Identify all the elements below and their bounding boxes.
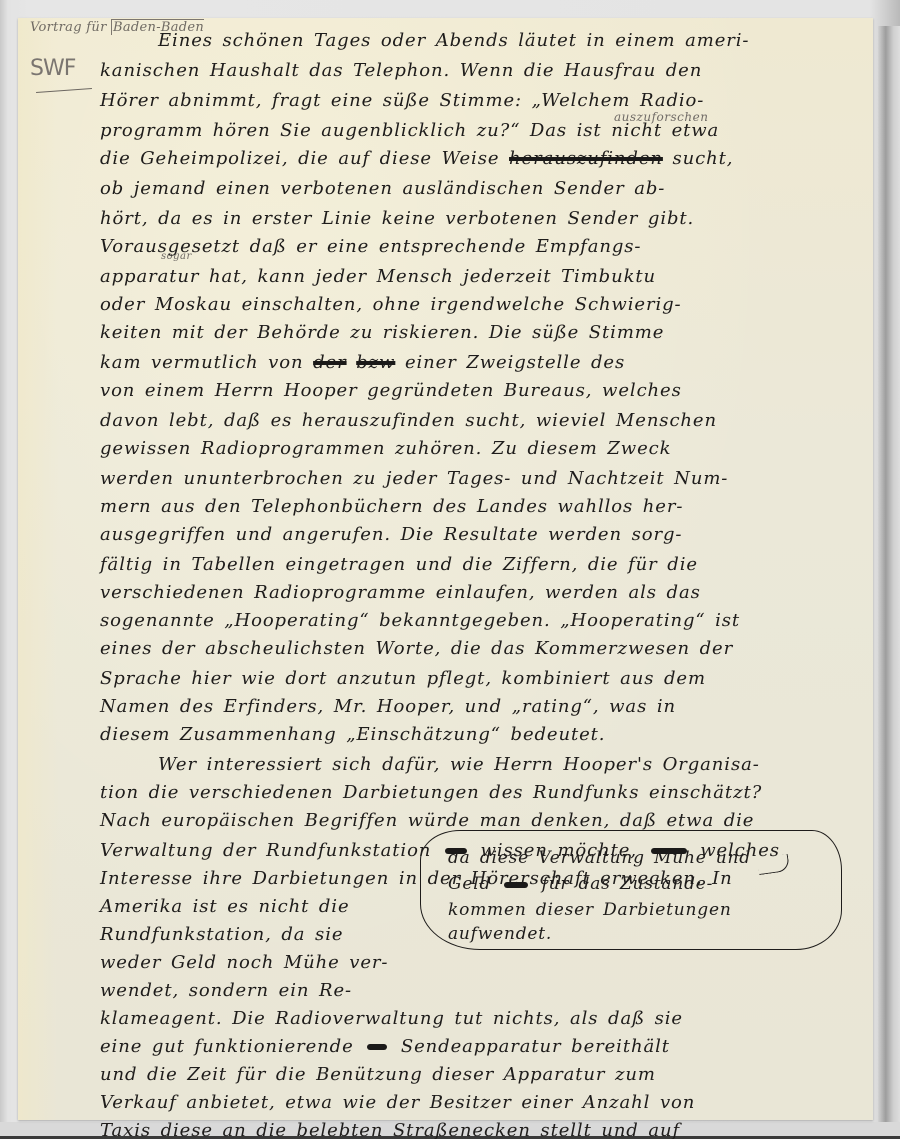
text-line: Nach europäischen Begriffen würde man de… <box>100 810 754 831</box>
text-line: weder Geld noch Mühe ver- <box>100 952 388 973</box>
text-segment: sucht, <box>663 148 733 169</box>
text-line: Taxis diese an die belebten Straßenecken… <box>100 1120 680 1139</box>
text-line: eines der abscheulichsten Worte, die das… <box>100 638 733 659</box>
ink-blot-deletion <box>367 1044 387 1050</box>
text-line: mern aus den Telephonbüchern des Landes … <box>100 496 683 517</box>
header-note-prefix: Vortrag für <box>30 20 111 35</box>
next-page-edge <box>878 26 900 1122</box>
insertion-line: kommen dieser Darbietungen <box>448 900 732 920</box>
text-line: kanischen Haushalt das Telephon. Wenn di… <box>100 60 702 81</box>
swf-margin-mark: SWF <box>30 56 75 81</box>
insertion-line: da diese Verwaltung Mühe und <box>448 848 751 868</box>
text-line: diesem Zusammenhang „Einschätzung“ bedeu… <box>100 724 605 745</box>
text-line: fältig in Tabellen eingetragen und die Z… <box>100 554 698 575</box>
text-line: Eines schönen Tages oder Abends läutet i… <box>158 30 749 51</box>
margin-mark-underline <box>36 88 92 93</box>
manuscript-page: Vortrag für Baden-Baden SWF auszuforsche… <box>18 18 873 1120</box>
text-line: von einem Herrn Hooper gegründeten Burea… <box>100 380 682 401</box>
text-segment: einer Zweigstelle des <box>395 352 625 373</box>
text-line: verschiedenen Radioprogramme einlaufen, … <box>100 582 701 603</box>
struck-word: bzw <box>356 352 395 373</box>
text-line: kam vermutlich von der bzw einer Zweigst… <box>100 352 625 373</box>
text-line: sogenannte „Hooperating“ bekanntgegeben.… <box>100 610 740 631</box>
text-segment: Verwaltung der Rundfunkstation <box>100 840 441 861</box>
text-line: Hörer abnimmt, fragt eine süße Stimme: „… <box>100 90 704 111</box>
text-segment: kam vermutlich von <box>100 352 313 373</box>
text-line: oder Moskau einschalten, ohne irgendwelc… <box>100 294 682 315</box>
text-line: ob jemand einen verbotenen ausländischen… <box>100 178 665 199</box>
text-line: Verkauf anbietet, etwa wie der Besitzer … <box>100 1092 695 1113</box>
text-segment: Geld <box>448 874 500 894</box>
text-line: davon lebt, daß es herauszufinden sucht,… <box>100 410 717 431</box>
text-segment: die Geheimpolizei, die auf diese Weise <box>100 148 509 169</box>
text-line: keiten mit der Behörde zu riskieren. Die… <box>100 322 664 343</box>
text-line: Vorausgesetzt daß er eine entsprechende … <box>100 236 641 257</box>
text-line: Namen des Erfinders, Mr. Hooper, und „ra… <box>100 696 676 717</box>
text-line: gewissen Radioprogrammen zuhören. Zu die… <box>100 438 671 459</box>
text-segment: Sendeapparatur bereithält <box>391 1036 670 1057</box>
text-line: wendet, sondern ein Re- <box>100 980 352 1001</box>
text-line: Wer interessiert sich dafür, wie Herrn H… <box>158 754 760 775</box>
text-segment <box>347 352 357 373</box>
text-line: programm hören Sie augenblicklich zu?“ D… <box>100 120 719 141</box>
text-line: Amerika ist es nicht die <box>100 896 350 917</box>
text-line: Rundfunkstation, da sie <box>100 924 343 945</box>
text-line: tion die verschiedenen Darbietungen des … <box>100 782 762 803</box>
text-line: apparatur hat, kann jeder Mensch jederze… <box>100 266 656 287</box>
text-line: hört, da es in erster Linie keine verbot… <box>100 208 694 229</box>
struck-word: herauszufinden <box>509 148 663 169</box>
text-line: eine gut funktionierende Sendeapparatur … <box>100 1036 670 1057</box>
text-line: werden ununterbrochen zu jeder Tages- un… <box>100 468 728 489</box>
insertion-line: aufwendet. <box>448 924 552 944</box>
text-line: und die Zeit für die Benützung dieser Ap… <box>100 1064 656 1085</box>
insertion-line: Geld für das Zustande- <box>448 874 713 894</box>
text-segment: eine gut funktionierende <box>100 1036 363 1057</box>
text-line: die Geheimpolizei, die auf diese Weise h… <box>100 148 733 169</box>
text-line: Sprache hier wie dort anzutun pflegt, ko… <box>100 668 706 689</box>
text-line: ausgegriffen und angerufen. Die Resultat… <box>100 524 682 545</box>
ink-blot-deletion <box>504 882 528 888</box>
struck-word: der <box>313 352 346 373</box>
text-segment: für das Zustande- <box>532 874 713 894</box>
text-line: klameagent. Die Radioverwaltung tut nich… <box>100 1008 683 1029</box>
